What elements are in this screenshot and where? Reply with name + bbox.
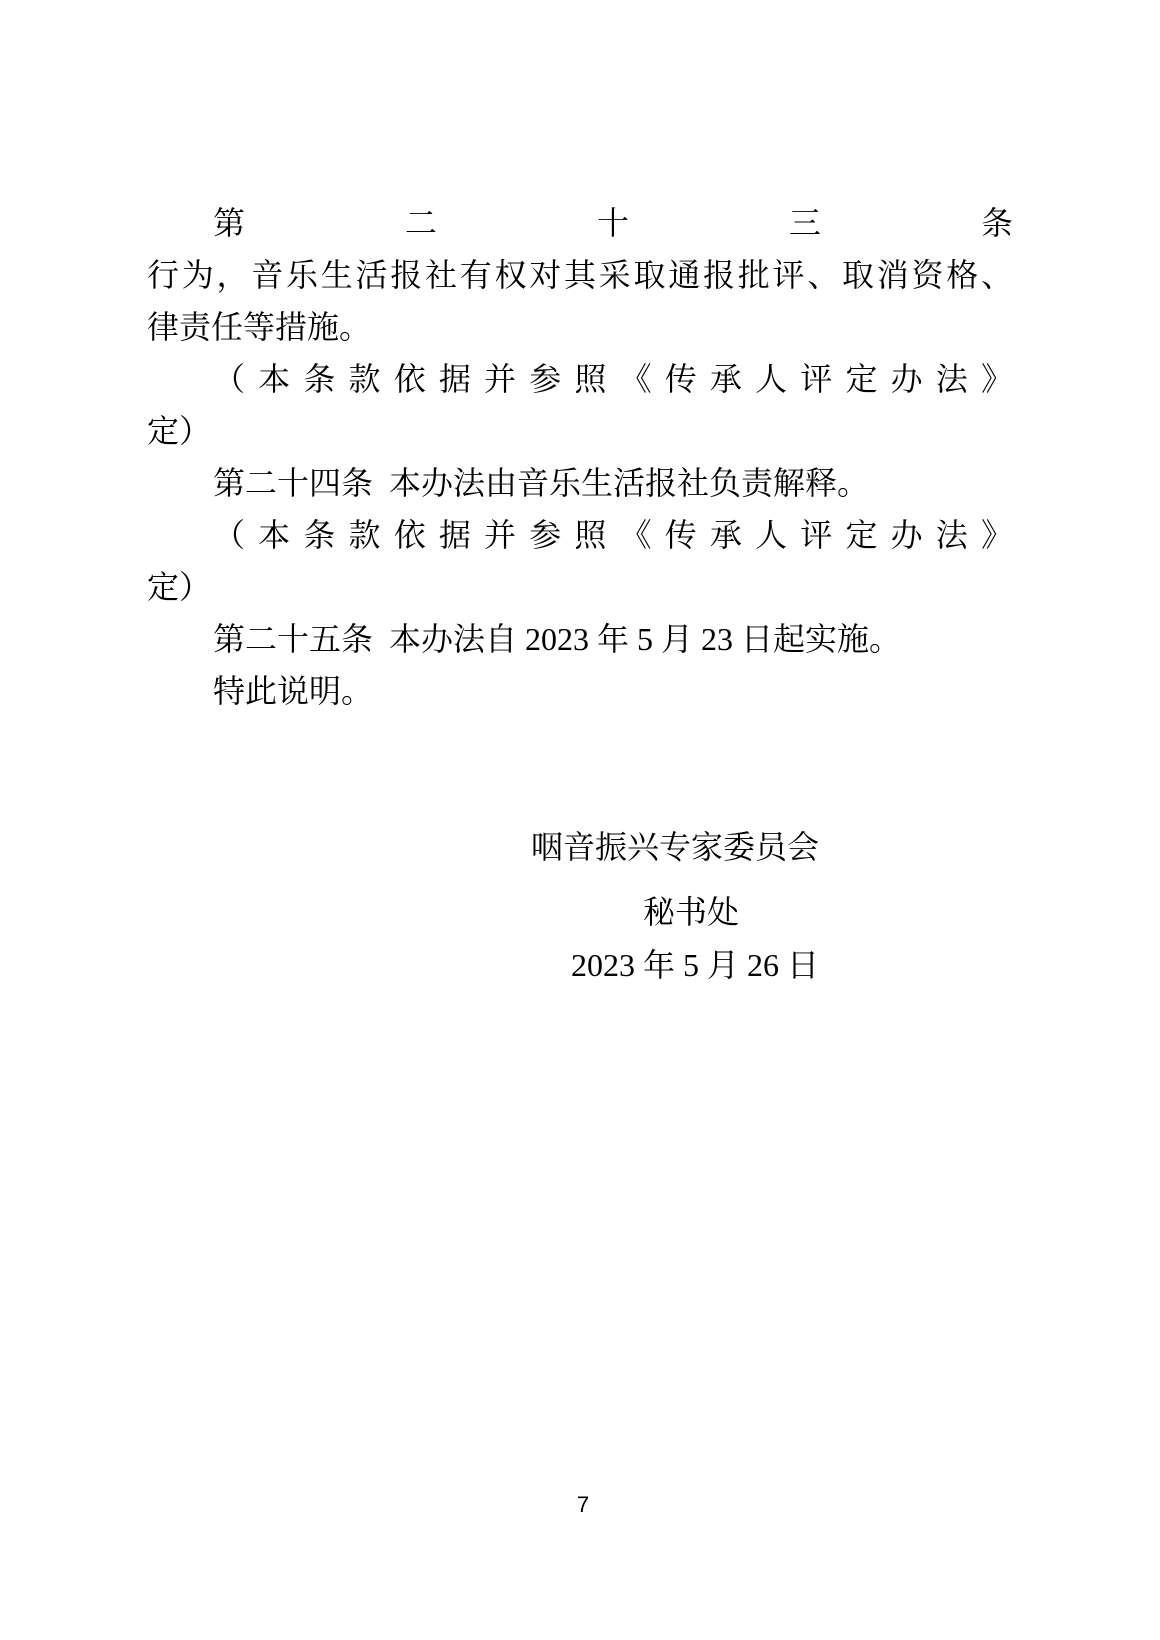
signature-organization: 咽音振兴专家委员会 bbox=[531, 831, 819, 863]
document-page: 第二十三条 参与评定的相关人员如存在违反本办法规定的 行为，音乐生活报社有权对其… bbox=[0, 0, 1160, 1640]
page-number: 7 bbox=[577, 1492, 589, 1518]
signature-department: 秘书处 bbox=[643, 896, 739, 928]
article-24-note-line-2: 定） bbox=[147, 561, 1013, 613]
closing-statement: 特此说明。 bbox=[147, 665, 1013, 717]
article-23-note-line-1: （本条款依据并参照《传承人评定办法》第二十七条规定制 bbox=[147, 353, 1013, 405]
article-24-note-line-1: （本条款依据并参照《传承人评定办法》第二十八条规定制 bbox=[147, 509, 1013, 561]
article-23-line-3: 律责任等措施。 bbox=[147, 301, 1013, 353]
document-body: 第二十三条 参与评定的相关人员如存在违反本办法规定的 行为，音乐生活报社有权对其… bbox=[147, 197, 1013, 717]
article-23-line-1: 第二十三条 参与评定的相关人员如存在违反本办法规定的 bbox=[147, 197, 1013, 249]
article-23-note-line-2: 定） bbox=[147, 405, 1013, 457]
article-23-line-2: 行为，音乐生活报社有权对其采取通报批评、取消资格、追究法 bbox=[147, 249, 1013, 301]
signature-date: 2023 年 5 月 26 日 bbox=[571, 949, 819, 981]
article-24-line-1: 第二十四条 本办法由音乐生活报社负责解释。 bbox=[147, 457, 1013, 509]
article-25-line-1: 第二十五条 本办法自 2023 年 5 月 23 日起实施。 bbox=[147, 613, 1013, 665]
